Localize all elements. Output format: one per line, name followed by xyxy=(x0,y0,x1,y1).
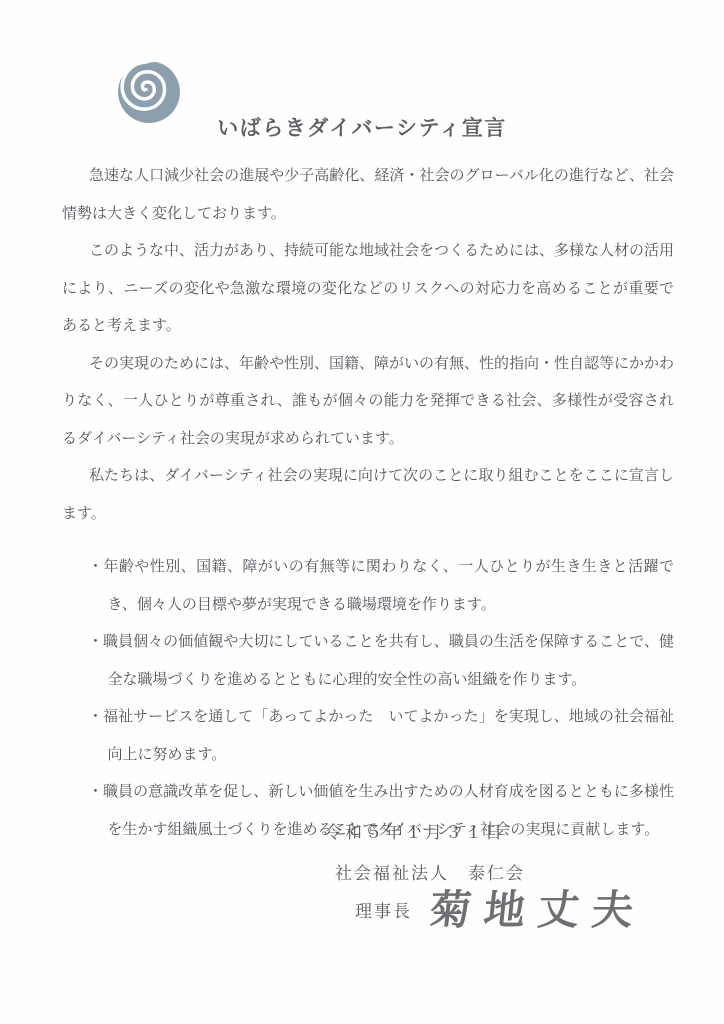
document-title: いばらきダイバーシティ宣言 xyxy=(0,112,724,142)
closing-block: 令和５年１月３１日 社会福祉法人 泰仁会 理事長 菊地丈夫 xyxy=(325,818,646,931)
paragraph-3: その実現のためには、年齢や性別、国籍、障がいの有無、性的指向・性自認等にかかわり… xyxy=(62,346,674,459)
bullet-marker: ・ xyxy=(88,709,103,725)
role-label: 理事長 xyxy=(355,897,412,931)
commitment-item: ・福祉サービスを通して「あってよかった いてよかった」を実現し、地域の社会福祉向… xyxy=(88,699,674,774)
commitment-item: ・年齢や性別、国籍、障がいの有無等に関わりなく、一人ひとりが生き生きと活躍でき、… xyxy=(88,549,674,624)
document-body: 急速な人口減少社会の進展や少子高齢化、経済・社会のグローバル化の進行など、社会情… xyxy=(62,158,674,849)
bullet-marker: ・ xyxy=(88,634,103,650)
commitment-item: ・職員個々の価値観や大切にしていることを共有し、職員の生活を保障することで、健全… xyxy=(88,624,674,699)
bullet-marker: ・ xyxy=(88,784,103,800)
commitment-list: ・年齢や性別、国籍、障がいの有無等に関わりなく、一人ひとりが生き生きと活躍でき、… xyxy=(88,549,674,849)
organization-line: 社会福祉法人 泰仁会 xyxy=(335,859,646,884)
paragraph-2: このような中、活力があり、持続可能な地域社会をつくるためには、多様な人材の活用に… xyxy=(62,233,674,346)
commitment-text: 職員個々の価値観や大切にしていることを共有し、職員の生活を保障することで、健全な… xyxy=(103,634,674,688)
signature-row: 理事長 菊地丈夫 xyxy=(355,890,646,931)
commitment-text: 年齢や性別、国籍、障がいの有無等に関わりなく、一人ひとりが生き生きと活躍でき、個… xyxy=(103,559,674,613)
paragraph-4: 私たちは、ダイバーシティ社会の実現に向けて次のことに取り組むことをここに宣言しま… xyxy=(62,458,674,533)
date-line: 令和５年１月３１日 xyxy=(325,818,646,843)
signature-handwritten: 菊地丈夫 xyxy=(428,890,648,931)
commitment-text: 福祉サービスを通して「あってよかった いてよかった」を実現し、地域の社会福祉向上… xyxy=(103,709,674,763)
document-page: いばらきダイバーシティ宣言 急速な人口減少社会の進展や少子高齢化、経済・社会のグ… xyxy=(0,0,724,1024)
paragraph-1: 急速な人口減少社会の進展や少子高齢化、経済・社会のグローバル化の進行など、社会情… xyxy=(62,158,674,233)
bullet-marker: ・ xyxy=(88,559,103,575)
